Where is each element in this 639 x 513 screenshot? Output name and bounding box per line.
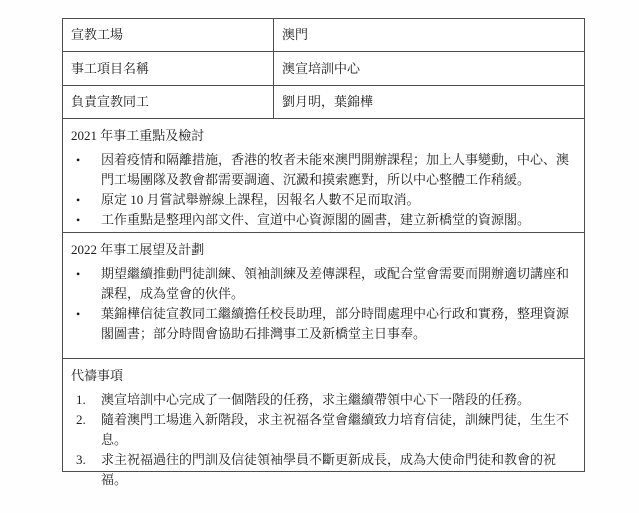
- list-item: • 原定 10 月嘗試舉辦線上課程，因報名人數不足而取消。: [71, 190, 576, 210]
- table-row-project-name: 事工項目名稱 澳宣培訓中心: [63, 52, 584, 86]
- list-item-text: 工作重點是整理內部文件、宣道中心資源閣的圖書，建立新橋堂的資源閣。: [101, 210, 576, 230]
- document-page: 宣教工場 澳門 事工項目名稱 澳宣培訓中心 負責宣教同工 劉月明，葉錦樺 202…: [0, 0, 639, 513]
- number-marker: 3.: [71, 450, 101, 470]
- list-item: • 工作重點是整理內部文件、宣道中心資源閣的圖書，建立新橋堂的資源閣。: [71, 210, 576, 230]
- section-2022-list: • 期望繼續推動門徒訓練、領袖訓練及差傳課程，或配合堂會需要而開辦適切講座和課程…: [71, 264, 576, 344]
- list-item-text: 澳宣培訓中心完成了一個階段的任務，求主繼續帶領中心下一階段的任務。: [101, 390, 576, 410]
- bullet-marker: •: [71, 304, 101, 324]
- bullet-marker: •: [71, 190, 101, 210]
- mission-field-label: 宣教工場: [63, 19, 274, 51]
- section-prayer-items: 代禱事項 1. 澳宣培訓中心完成了一個階段的任務，求主繼續帶領中心下一階段的任務…: [63, 359, 584, 471]
- section-2022-plan: 2022 年事工展望及計劃 • 期望繼續推動門徒訓練、領袖訓練及差傳課程，或配合…: [63, 233, 584, 359]
- list-item-text: 期望繼續推動門徒訓練、領袖訓練及差傳課程，或配合堂會需要而開辦適切講座和課程，成…: [101, 264, 576, 304]
- missionaries-label: 負責宣教同工: [63, 86, 274, 118]
- bullet-marker: •: [71, 150, 101, 170]
- section-2022-title: 2022 年事工展望及計劃: [71, 239, 576, 261]
- list-item-text: 因着疫情和隔離措施，香港的牧者未能來澳門開辦課程；加上人事變動，中心、澳門工場團…: [101, 150, 576, 190]
- list-item: 3. 求主祝福過往的門訓及信徒領袖學員不斷更新成長，成為大使命門徒和教會的祝福。: [71, 450, 576, 490]
- section-2021-review: 2021 年事工重點及檢討 • 因着疫情和隔離措施，香港的牧者未能來澳門開辦課程…: [63, 119, 584, 233]
- list-item: • 期望繼續推動門徒訓練、領袖訓練及差傳課程，或配合堂會需要而開辦適切講座和課程…: [71, 264, 576, 304]
- section-prayer-title: 代禱事項: [71, 365, 576, 387]
- list-item: 2. 隨着澳門工場進入新階段，求主祝福各堂會繼續致力培育信徒，訓練門徒，生生不息…: [71, 410, 576, 450]
- bullet-marker: •: [71, 264, 101, 284]
- list-item-text: 求主祝福過往的門訓及信徒領袖學員不斷更新成長，成為大使命門徒和教會的祝福。: [101, 450, 576, 490]
- table-row-missionaries: 負責宣教同工 劉月明，葉錦樺: [63, 86, 584, 119]
- mission-report-table: 宣教工場 澳門 事工項目名稱 澳宣培訓中心 負責宣教同工 劉月明，葉錦樺 202…: [62, 18, 585, 472]
- list-item-text: 隨着澳門工場進入新階段，求主祝福各堂會繼續致力培育信徒，訓練門徒，生生不息。: [101, 410, 576, 450]
- number-marker: 1.: [71, 390, 101, 410]
- missionaries-value: 劉月明，葉錦樺: [274, 86, 584, 118]
- list-item: 1. 澳宣培訓中心完成了一個階段的任務，求主繼續帶領中心下一階段的任務。: [71, 390, 576, 410]
- section-2021-list: • 因着疫情和隔離措施，香港的牧者未能來澳門開辦課程；加上人事變動，中心、澳門工…: [71, 150, 576, 230]
- number-marker: 2.: [71, 410, 101, 430]
- list-item: • 葉錦樺信徒宣教同工繼續擔任校長助理，部分時間處理中心行政和實務，整理資源閣圖…: [71, 304, 576, 344]
- section-2021-title: 2021 年事工重點及檢討: [71, 125, 576, 147]
- list-item-text: 葉錦樺信徒宣教同工繼續擔任校長助理，部分時間處理中心行政和實務，整理資源閣圖書；…: [101, 304, 576, 344]
- list-item: • 因着疫情和隔離措施，香港的牧者未能來澳門開辦課程；加上人事變動，中心、澳門工…: [71, 150, 576, 190]
- list-item-text: 原定 10 月嘗試舉辦線上課程，因報名人數不足而取消。: [101, 190, 576, 210]
- bullet-marker: •: [71, 210, 101, 230]
- project-name-value: 澳宣培訓中心: [274, 52, 584, 85]
- table-row-mission-field: 宣教工場 澳門: [63, 19, 584, 52]
- section-prayer-list: 1. 澳宣培訓中心完成了一個階段的任務，求主繼續帶領中心下一階段的任務。 2. …: [71, 390, 576, 490]
- project-name-label: 事工項目名稱: [63, 52, 274, 85]
- mission-field-value: 澳門: [274, 19, 584, 51]
